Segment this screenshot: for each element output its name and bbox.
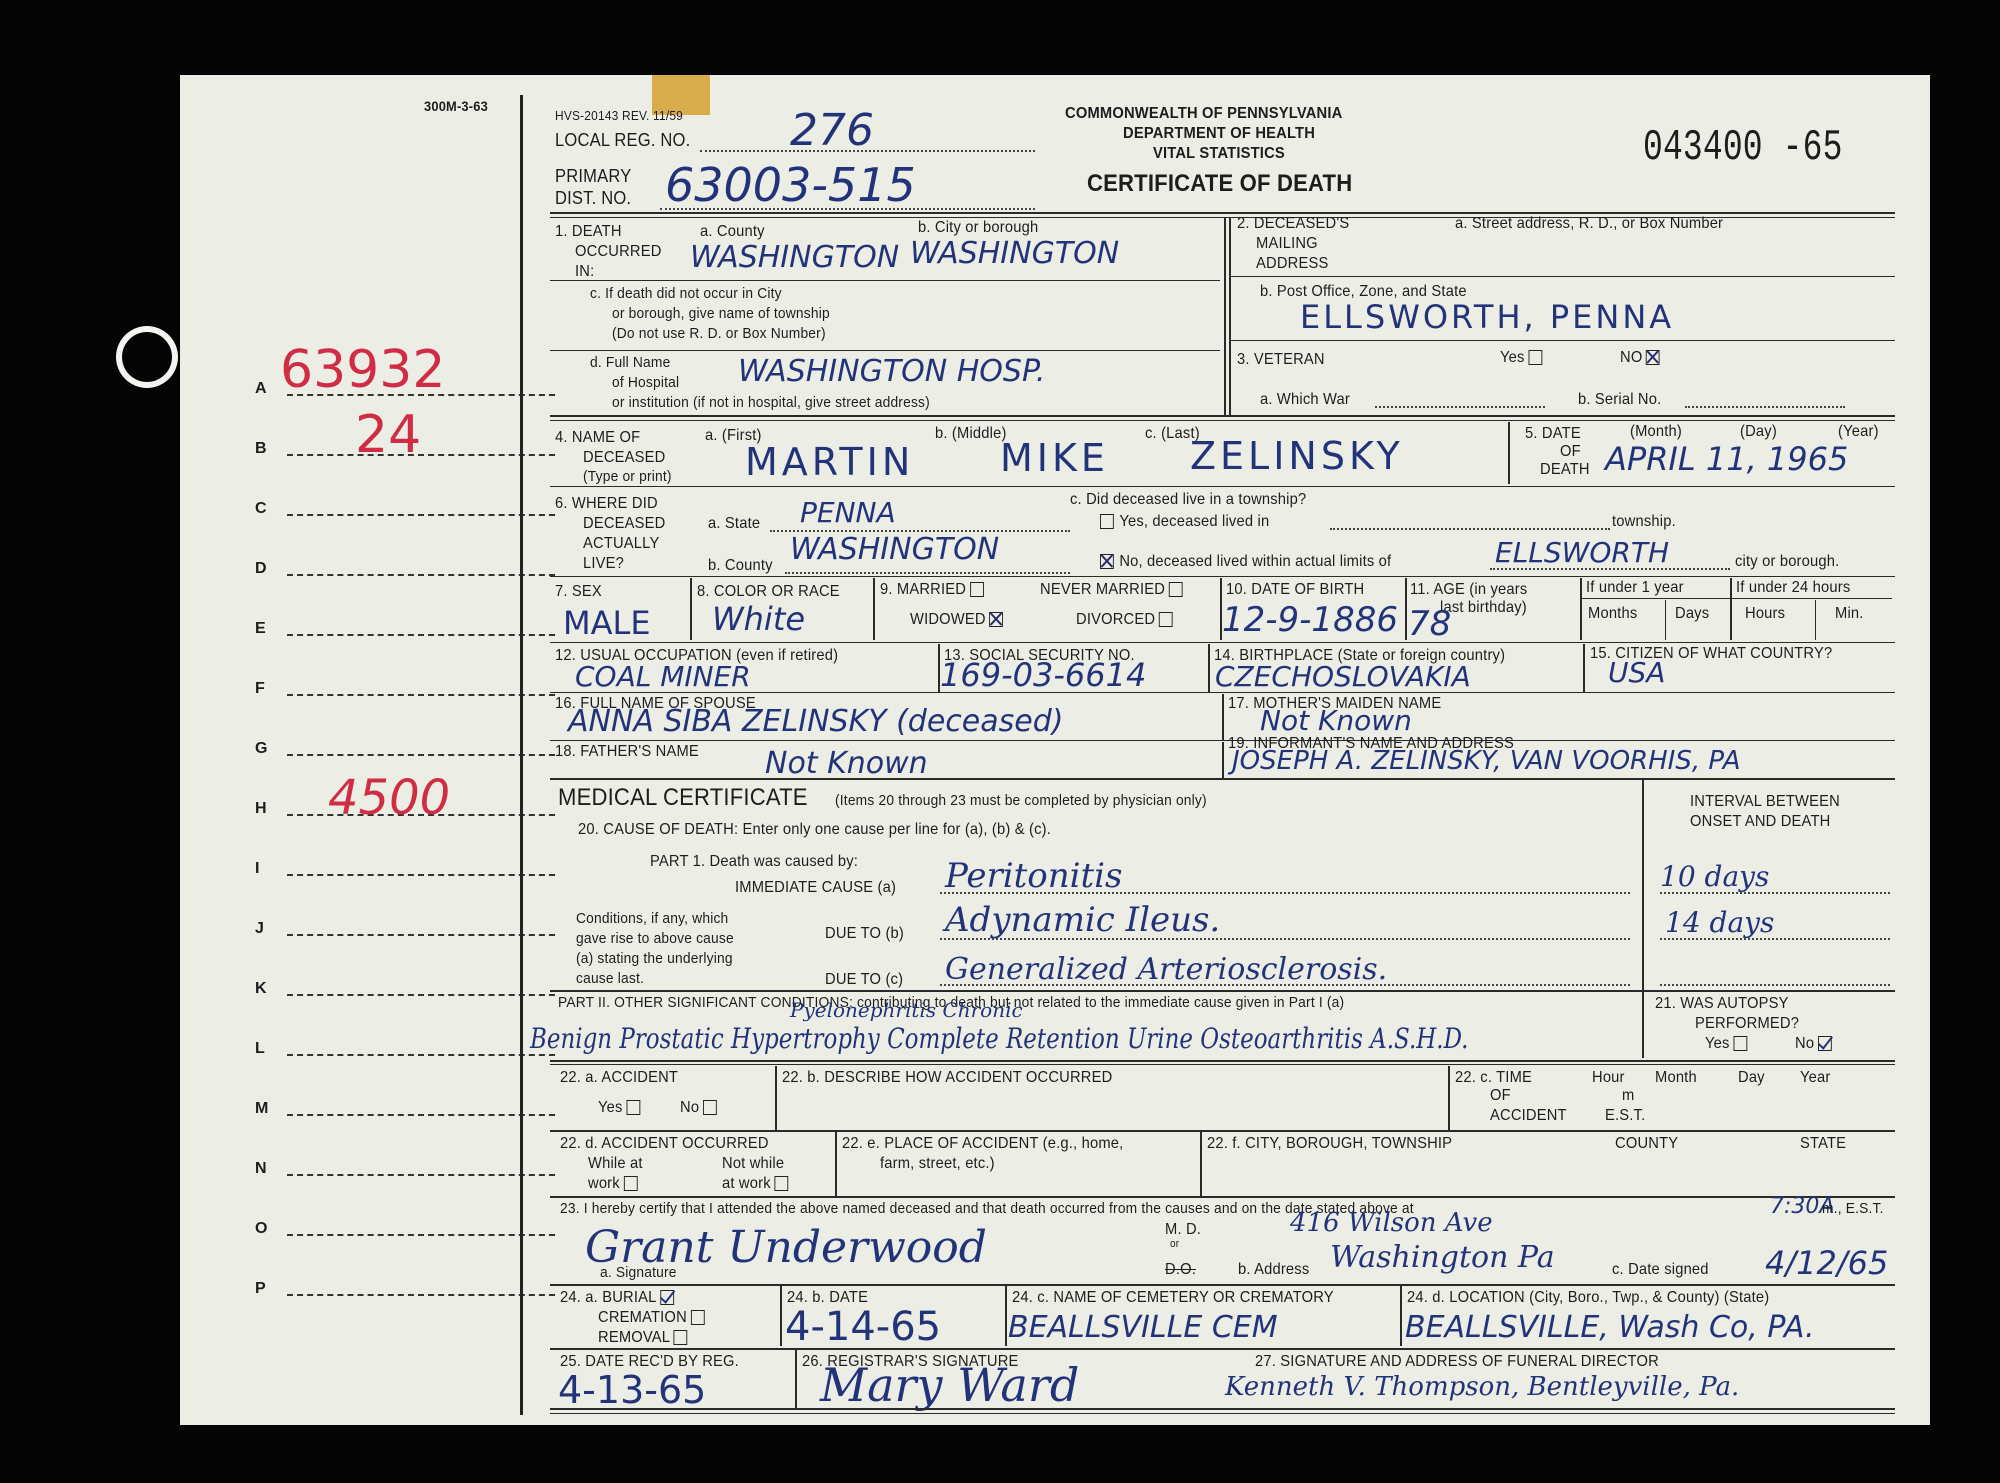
accident-occurred-label: 22. d. ACCIDENT OCCURRED: [560, 1134, 769, 1153]
stub-index-line: [287, 694, 555, 696]
stub-index-letter: P: [255, 1280, 266, 1298]
interval-header-2: ONSET AND DEATH: [1690, 812, 1830, 831]
veteran-label: 3. VETERAN: [1237, 350, 1325, 369]
which-war-label: a. Which War: [1260, 390, 1350, 409]
stub-index-letter: O: [255, 1220, 267, 1238]
stub-index-line: [287, 1234, 555, 1236]
autopsy-label: 21. WAS AUTOPSY: [1655, 994, 1789, 1013]
divider: [550, 420, 1895, 421]
married-option[interactable]: 9. MARRIED: [880, 580, 984, 599]
signature-label: a. Signature: [600, 1264, 677, 1282]
accident-time-label-3: ACCIDENT: [1490, 1106, 1567, 1125]
city-borough-label: 22. f. CITY, BOROUGH, TOWNSHIP: [1207, 1134, 1452, 1153]
primary-dist-value: 63003-515: [665, 158, 916, 212]
township-line: [1330, 528, 1610, 530]
residence-city-value[interactable]: ELLSWORTH: [1495, 536, 1669, 569]
stub-index-row: P: [255, 1280, 555, 1300]
dob-label: 10. DATE OF BIRTH: [1226, 580, 1364, 599]
stub-index-letter: B: [255, 440, 267, 458]
divider: [550, 990, 1895, 992]
married-checkbox[interactable]: [970, 582, 984, 597]
item4-label-3: (Type or print): [583, 468, 672, 486]
item1-label-3: IN:: [575, 262, 594, 281]
never-married-option[interactable]: NEVER MARRIED: [1040, 580, 1183, 599]
last-name-value[interactable]: ZELINSKY: [1190, 434, 1404, 478]
first-name-value[interactable]: MARTIN: [745, 440, 914, 484]
divider-vertical: [1200, 1132, 1202, 1196]
autopsy-no-checkbox[interactable]: [1818, 1036, 1832, 1051]
stub-index-line: [287, 1114, 555, 1116]
veteran-yes[interactable]: Yes: [1500, 348, 1542, 367]
divider-vertical: [1730, 578, 1732, 640]
divider: [550, 1130, 1895, 1132]
accident-describe-label: 22. b. DESCRIBE HOW ACCIDENT OCCURRED: [782, 1068, 1112, 1087]
under-24-label: If under 24 hours: [1736, 578, 1850, 597]
accident-no-checkbox[interactable]: [703, 1100, 717, 1115]
place-label: 22. e. PLACE OF ACCIDENT (e.g., home,: [842, 1134, 1123, 1153]
date-received-value[interactable]: 4-13-65: [558, 1368, 706, 1412]
burial-date-value[interactable]: 4-14-65: [785, 1304, 941, 1350]
township-no-checkbox[interactable]: [1100, 554, 1114, 569]
spouse-value[interactable]: ANNA SIBA ZELINSKY (deceased): [568, 704, 1063, 739]
state-label: a. State: [708, 514, 760, 533]
item5-label-2: OF: [1560, 442, 1581, 461]
accident-hour-label: Hour: [1592, 1068, 1625, 1087]
item1-label: 1. DEATH: [555, 222, 622, 241]
stub-index-line: [287, 874, 555, 876]
physician-address-1[interactable]: 416 Wilson Ave: [1290, 1208, 1493, 1238]
days-label: Days: [1675, 604, 1709, 623]
township-yes[interactable]: Yes, deceased lived in: [1100, 512, 1269, 531]
immediate-cause-value[interactable]: Peritonitis: [945, 856, 1123, 896]
stub-index-line: [287, 514, 555, 516]
autopsy-yes-checkbox[interactable]: [1733, 1036, 1747, 1051]
due-c-value[interactable]: Generalized Arteriosclerosis.: [945, 952, 1387, 987]
medical-title: MEDICAL CERTIFICATE: [558, 784, 808, 813]
stub-index-row: J: [255, 920, 555, 940]
conditions-label-3: (a) stating the underlying: [576, 950, 733, 968]
divider: [550, 1413, 1895, 1414]
stub-index-row: M: [255, 1100, 555, 1120]
street-label: a. Street address, R. D., or Box Number: [1455, 214, 1723, 233]
stub-index-letter: M: [255, 1100, 268, 1118]
cremation-option[interactable]: CREMATION: [598, 1308, 704, 1327]
divider: [1582, 598, 1730, 599]
stub-index-line: [287, 754, 555, 756]
date-of-death-value[interactable]: APRIL 11, 1965: [1605, 440, 1848, 478]
age-label: 11. AGE (in years: [1410, 580, 1527, 599]
widowed-option[interactable]: WIDOWED: [910, 610, 1003, 629]
which-war-line: [1375, 406, 1545, 408]
divider-vertical: [1224, 217, 1226, 415]
divider-vertical: [1508, 422, 1510, 484]
sex-label: 7. SEX: [555, 582, 602, 601]
stub-index-letter: I: [255, 860, 259, 878]
conditions-label: Conditions, if any, which: [576, 910, 728, 928]
divider: [550, 280, 1220, 281]
stub-index-line: [287, 1054, 555, 1056]
township-no[interactable]: No, deceased lived within actual limits …: [1100, 552, 1391, 571]
item6-label-3: ACTUALLY: [583, 534, 659, 553]
year-label: (Year): [1838, 422, 1879, 441]
form-number: HVS-20143 REV. 11/59: [555, 108, 683, 124]
time-suffix: m., E.S.T.: [1822, 1200, 1884, 1218]
residence-county-line: [785, 572, 1070, 574]
divider: [550, 486, 1895, 487]
city-label: b. City or borough: [918, 218, 1038, 237]
serial-label: b. Serial No.: [1578, 390, 1661, 409]
divider-vertical: [1642, 992, 1644, 1058]
interval-a-value[interactable]: 10 days: [1660, 860, 1769, 893]
stub-annotation-h: 4500: [328, 770, 450, 826]
accident-m-label: m: [1622, 1086, 1634, 1105]
divider-vertical: [873, 578, 875, 640]
item1-label-2: OCCURRED: [575, 242, 662, 261]
due-c-label: DUE TO (c): [825, 970, 903, 989]
dob-value[interactable]: 12-9-1886: [1222, 600, 1398, 640]
stub-index-line: [287, 574, 555, 576]
divider-vertical: [690, 578, 692, 640]
months-label: Months: [1588, 604, 1637, 623]
age-value[interactable]: 78: [1408, 604, 1451, 644]
divider: [550, 642, 1895, 643]
local-reg-value: 276: [790, 105, 874, 156]
stub-index-letter: L: [255, 1040, 265, 1058]
stub-index-row: E: [255, 620, 555, 640]
due-b-value[interactable]: Adynamic Ileus.: [945, 900, 1220, 940]
stub-index-row: I: [255, 860, 555, 880]
divider-vertical: [1448, 1066, 1450, 1130]
medical-subtitle: (Items 20 through 23 must be completed b…: [835, 792, 1207, 810]
min-label: Min.: [1835, 604, 1864, 623]
place-label-2: farm, street, etc.): [880, 1154, 995, 1173]
item4-label: 4. NAME OF: [555, 428, 640, 447]
ssn-value[interactable]: 169-03-6614: [940, 656, 1146, 694]
day-label: (Day): [1740, 422, 1777, 441]
item5-label: 5. DATE: [1525, 424, 1581, 443]
item5-label-3: DEATH: [1540, 460, 1590, 479]
informant-value[interactable]: JOSEPH A. ZELINSKY, VAN VOORHIS, PA: [1232, 746, 1741, 776]
cremation-checkbox[interactable]: [691, 1310, 705, 1325]
primary-dist-label: PRIMARY: [555, 166, 631, 188]
stub-annotation-a: 63932: [280, 340, 445, 400]
township-label: c. If death did not occur in City: [590, 285, 782, 303]
divider: [550, 1196, 1895, 1198]
stub-index-row: L: [255, 1040, 555, 1060]
org-line-2: DEPARTMENT OF HEALTH: [1123, 124, 1315, 143]
divider-vertical: [1229, 217, 1231, 415]
date-signed-label: c. Date signed: [1612, 1260, 1709, 1279]
widowed-checkbox[interactable]: [989, 612, 1003, 627]
stub-index-line: [287, 994, 555, 996]
divider-vertical: [1665, 600, 1666, 640]
divider: [1732, 598, 1892, 599]
item2-label-2: MAILING: [1256, 234, 1318, 253]
stub-index-letter: H: [255, 800, 267, 818]
conditions-label-4: cause last.: [576, 970, 644, 988]
sex-value[interactable]: MALE: [563, 604, 651, 642]
stub-index-row: D: [255, 560, 555, 580]
occupation-value[interactable]: COAL MINER: [575, 660, 751, 693]
local-reg-label: LOCAL REG. NO.: [555, 130, 690, 152]
divider: [550, 1064, 1895, 1065]
item2-label-3: ADDRESS: [1256, 254, 1328, 273]
cemetery-label: 24. c. NAME OF CEMETERY OR CREMATORY: [1012, 1288, 1334, 1307]
accident-label: 22. a. ACCIDENT: [560, 1068, 678, 1087]
township-label-3: (Do not use R. D. or Box Number): [612, 325, 826, 343]
township-yes-checkbox[interactable]: [1100, 514, 1114, 529]
certificate-number: 043400 -65: [1643, 122, 1843, 175]
item4-label-2: DECEASED: [583, 448, 665, 467]
citizen-value[interactable]: USA: [1608, 656, 1665, 689]
physician-address-2[interactable]: Washington Pa: [1330, 1240, 1555, 1275]
under-year-label: If under 1 year: [1586, 578, 1684, 597]
primary-dist-label-2: DIST. NO.: [555, 188, 631, 210]
divider-vertical: [795, 1350, 797, 1408]
funeral-director-value[interactable]: Kenneth V. Thompson, Bentleyville, Pa.: [1225, 1372, 1739, 1402]
stub-index-letter: E: [255, 620, 266, 638]
divider-vertical: [1583, 644, 1585, 692]
registrar-signature[interactable]: Mary Ward: [820, 1358, 1079, 1412]
not-while-checkbox[interactable]: [774, 1176, 788, 1191]
mother-value[interactable]: Not Known: [1260, 704, 1412, 737]
do-label: D.O.: [1165, 1260, 1196, 1279]
divider: [550, 576, 1895, 577]
while-at-work-option[interactable]: work: [588, 1174, 637, 1193]
divider-vertical: [1642, 780, 1644, 990]
divider-vertical: [1222, 694, 1224, 740]
divider-vertical: [835, 1132, 837, 1196]
stub-index-row: F: [255, 680, 555, 700]
stub-index-letter: A: [255, 380, 267, 398]
divider: [550, 415, 1895, 417]
stub-index-line: [287, 634, 555, 636]
certify-text: 23. I hereby certify that I attended the…: [560, 1200, 1414, 1218]
item6-label: 6. WHERE DID: [555, 494, 658, 513]
accident-yes[interactable]: Yes: [598, 1098, 640, 1117]
divider-vertical: [1400, 1286, 1402, 1346]
divider-vertical: [1222, 742, 1224, 778]
perforation-line: [520, 95, 523, 1415]
stub-index-row: G: [255, 740, 555, 760]
divider: [550, 1348, 1895, 1350]
stub-index-row: N: [255, 1160, 555, 1180]
not-while-option[interactable]: at work: [722, 1174, 788, 1193]
divider: [550, 740, 1895, 741]
stub-index-letter: C: [255, 500, 267, 518]
stub-index-letter: D: [255, 560, 267, 578]
stub-index-row: K: [255, 980, 555, 1000]
item2-label: 2. DECEASED'S: [1237, 214, 1349, 233]
accident-time-label: 22. c. TIME: [1455, 1068, 1532, 1087]
torn-edge: [0, 0, 180, 1483]
hospital-label-3: or institution (if not in hospital, give…: [612, 394, 930, 412]
city-value[interactable]: WASHINGTON: [910, 236, 1119, 271]
interval-b-value[interactable]: 14 days: [1665, 906, 1774, 939]
funeral-director-label: 27. SIGNATURE AND ADDRESS OF FUNERAL DIR…: [1255, 1352, 1659, 1371]
punch-hole: [122, 332, 172, 382]
stub-annotation-b: 24: [355, 405, 421, 465]
middle-name-label: b. (Middle): [935, 424, 1007, 443]
burial-option[interactable]: 24. a. BURIAL: [560, 1288, 674, 1307]
cause-label: 20. CAUSE OF DEATH: Enter only one cause…: [578, 820, 1051, 839]
stub-index-letter: K: [255, 980, 267, 998]
county-value[interactable]: WASHINGTON: [690, 240, 899, 275]
part2-value[interactable]: Benign Prostatic Hypertrophy Complete Re…: [530, 1022, 1468, 1055]
autopsy-yes[interactable]: Yes: [1705, 1034, 1747, 1053]
race-label: 8. COLOR OR RACE: [697, 582, 840, 601]
stub-form-code: 300M-3-63: [424, 98, 488, 115]
middle-name-value[interactable]: MIKE: [1000, 436, 1109, 480]
stub-index-letter: J: [255, 920, 264, 938]
org-line-1: COMMONWEALTH OF PENNSYLVANIA: [1065, 104, 1342, 123]
post-office-value[interactable]: ELLSWORTH, PENNA: [1300, 298, 1674, 336]
birthplace-value[interactable]: CZECHOSLOVAKIA: [1215, 660, 1471, 693]
serial-line: [1685, 406, 1845, 408]
accident-state-label: STATE: [1800, 1134, 1846, 1153]
state-value[interactable]: PENNA: [800, 496, 896, 529]
divider-vertical: [1580, 578, 1582, 640]
due-b-label: DUE TO (b): [825, 924, 904, 943]
location-value[interactable]: BEALLSVILLE, Wash Co, PA.: [1405, 1310, 1815, 1345]
divider: [550, 778, 1895, 780]
township-suffix: township.: [1612, 512, 1676, 531]
divider-vertical: [1815, 600, 1816, 640]
interval-c-line: [1660, 984, 1890, 986]
divider: [550, 1060, 1895, 1062]
divider: [550, 1408, 1895, 1410]
month-label: (Month): [1630, 422, 1682, 441]
accident-time-label-2: OF: [1490, 1086, 1511, 1105]
while-at-work-checkbox[interactable]: [624, 1176, 638, 1191]
autopsy-label-2: PERFORMED?: [1695, 1014, 1799, 1033]
hospital-value[interactable]: WASHINGTON HOSP.: [738, 354, 1045, 389]
stub-index-line: [287, 1294, 555, 1296]
cemetery-value[interactable]: BEALLSVILLE CEM: [1008, 1310, 1278, 1345]
not-while-label: Not while: [722, 1154, 784, 1173]
divider: [1230, 340, 1895, 341]
divider: [550, 1284, 1895, 1286]
stub-index-line: [287, 934, 555, 936]
conditions-label-2: gave rise to above cause: [576, 930, 734, 948]
date-signed-value[interactable]: 4/12/65: [1765, 1244, 1888, 1282]
accident-no[interactable]: No: [680, 1098, 717, 1117]
hospital-label: d. Full Name: [590, 354, 670, 372]
accident-month-label: Month: [1655, 1068, 1697, 1087]
hours-label: Hours: [1745, 604, 1785, 623]
age-label-2: last birthday): [1440, 598, 1527, 617]
accident-county-label: COUNTY: [1615, 1134, 1678, 1153]
address-label: b. Address: [1238, 1260, 1309, 1279]
divider: [550, 350, 1220, 351]
divider-vertical: [775, 1066, 777, 1130]
veteran-no-checkbox[interactable]: [1646, 350, 1660, 365]
divider-vertical: [1405, 578, 1407, 640]
page-title: CERTIFICATE OF DEATH: [1087, 170, 1352, 199]
township-question: c. Did deceased live in a township?: [1070, 490, 1306, 509]
father-label: 18. FATHER'S NAME: [555, 742, 699, 761]
divider-vertical: [1005, 1286, 1007, 1346]
race-value[interactable]: White: [712, 600, 805, 638]
residence-county-value[interactable]: WASHINGTON: [790, 532, 999, 567]
divorced-option[interactable]: DIVORCED: [1076, 610, 1173, 629]
item6-label-2: DECEASED: [583, 514, 665, 533]
interval-header: INTERVAL BETWEEN: [1690, 792, 1840, 811]
removal-checkbox[interactable]: [674, 1330, 688, 1345]
burial-checkbox[interactable]: [660, 1290, 674, 1305]
divider: [550, 692, 1895, 693]
part2-value-top[interactable]: Pyelonephritis Chronic: [790, 998, 1023, 1022]
divider-vertical: [1208, 644, 1210, 692]
removal-option[interactable]: REMOVAL: [598, 1328, 688, 1347]
residence-county-label: b. County: [708, 556, 773, 575]
org-line-3: VITAL STATISTICS: [1153, 144, 1285, 163]
stub-index-letter: N: [255, 1160, 267, 1178]
hospital-label-2: of Hospital: [612, 374, 679, 392]
veteran-yes-checkbox[interactable]: [1528, 350, 1542, 365]
immediate-label: IMMEDIATE CAUSE (a): [735, 878, 896, 897]
accident-year-label: Year: [1800, 1068, 1830, 1087]
father-value[interactable]: Not Known: [765, 746, 928, 781]
autopsy-no[interactable]: No: [1795, 1034, 1832, 1053]
township-label-2: or borough, give name of township: [612, 305, 830, 323]
never-married-checkbox[interactable]: [1169, 582, 1183, 597]
location-label: 24. d. LOCATION (City, Boro., Twp., & Co…: [1407, 1288, 1769, 1307]
stub-index-row: O: [255, 1220, 555, 1240]
accident-day-label: Day: [1738, 1068, 1765, 1087]
city-suffix: city or borough.: [1735, 552, 1839, 571]
part1-label: PART 1. Death was caused by:: [650, 852, 858, 871]
stub-index-letter: G: [255, 740, 267, 758]
county-label: a. County: [700, 222, 765, 241]
divider: [1230, 276, 1895, 277]
divorced-checkbox[interactable]: [1159, 612, 1173, 627]
item6-label-4: LIVE?: [583, 554, 624, 573]
accident-est-label: E.S.T.: [1605, 1106, 1645, 1125]
veteran-no[interactable]: NO: [1620, 348, 1660, 367]
stub-index-row: C: [255, 500, 555, 520]
accident-yes-checkbox[interactable]: [626, 1100, 640, 1115]
stub-index-letter: F: [255, 680, 265, 698]
stub-index-line: [287, 1174, 555, 1176]
or-label: or: [1170, 1238, 1179, 1251]
md-label: M. D.: [1165, 1220, 1201, 1239]
divider-vertical: [780, 1286, 782, 1346]
while-at-work-label: While at: [588, 1154, 643, 1173]
